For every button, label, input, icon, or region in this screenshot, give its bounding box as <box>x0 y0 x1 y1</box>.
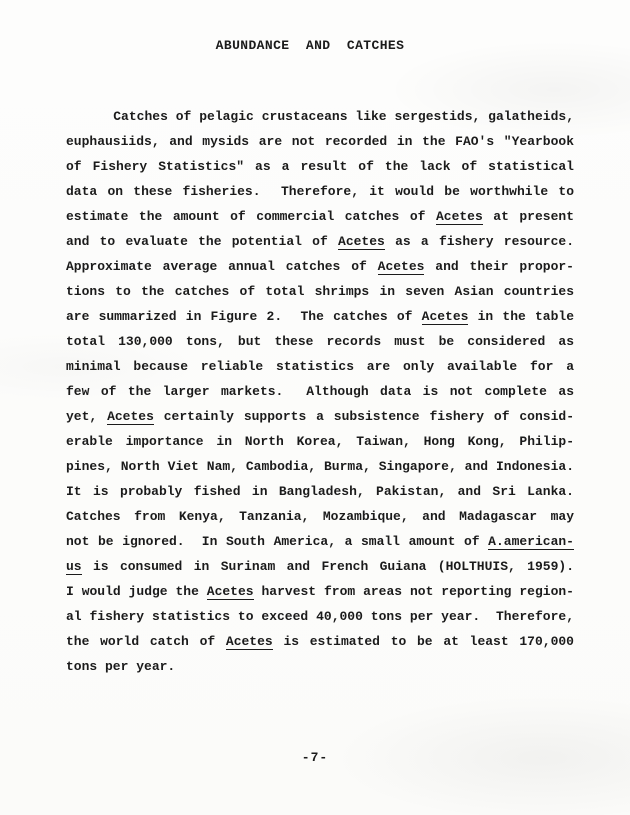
text-line: It is probably fished in Bangladesh, Pak… <box>66 479 574 504</box>
underlined-term: us <box>66 559 82 575</box>
text-line: data on these fisheries. Therefore, it w… <box>66 179 574 204</box>
page-title: ABUNDANCE AND CATCHES <box>56 38 564 53</box>
text-line: of Fishery Statistics" as a result of th… <box>66 154 574 179</box>
text-line: minimal because reliable statistics are … <box>66 354 574 379</box>
scanned-page: ABUNDANCE AND CATCHES Catches of pelagic… <box>0 0 630 815</box>
text-line: tions to the catches of total shrimps in… <box>66 279 574 304</box>
underlined-term: A.american- <box>488 534 574 550</box>
text-line: al fishery statistics to exceed 40,000 t… <box>66 604 574 629</box>
text-line: are summarized in Figure 2. The catches … <box>66 304 574 329</box>
text-line: I would judge the Acetes harvest from ar… <box>66 579 574 604</box>
underlined-term: Acetes <box>378 259 425 275</box>
underlined-term: Acetes <box>338 234 385 250</box>
text-line: few of the larger markets. Although data… <box>66 379 574 404</box>
text-line: and to evaluate the potential of Acetes … <box>66 229 574 254</box>
text-line: total 130,000 tons, but these records mu… <box>66 329 574 354</box>
underlined-term: Acetes <box>422 309 469 325</box>
text-line: euphausiids, and mysids are not recorded… <box>66 129 574 154</box>
text-line: Catches from Kenya, Tanzania, Mozambique… <box>66 504 574 529</box>
text-line: pines, North Viet Nam, Cambodia, Burma, … <box>66 454 574 479</box>
underlined-term: Acetes <box>207 584 254 600</box>
text-line: us is consumed in Surinam and French Gui… <box>66 554 574 579</box>
text-line: yet, Acetes certainly supports a subsist… <box>66 404 574 429</box>
underlined-term: Acetes <box>226 634 273 650</box>
underlined-term: Acetes <box>107 409 154 425</box>
document-body: Catches of pelagic crustaceans like serg… <box>66 104 574 679</box>
underlined-term: Acetes <box>436 209 483 225</box>
text-line: Approximate average annual catches of Ac… <box>66 254 574 279</box>
text-line: the world catch of Acetes is estimated t… <box>66 629 574 654</box>
text-line: tons per year. <box>66 654 574 679</box>
page-number: -7- <box>0 750 630 765</box>
text-line: estimate the amount of commercial catche… <box>66 204 574 229</box>
text-line: erable importance in North Korea, Taiwan… <box>66 429 574 454</box>
text-line: not be ignored. In South America, a smal… <box>66 529 574 554</box>
text-line: Catches of pelagic crustaceans like serg… <box>66 104 574 129</box>
